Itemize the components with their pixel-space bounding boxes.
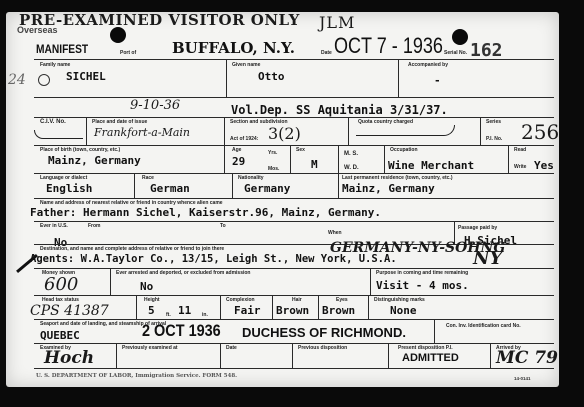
age-value: 29 — [232, 155, 245, 168]
when-label: When — [328, 230, 342, 236]
ever-arrested-value: No — [140, 280, 153, 293]
rule — [134, 173, 135, 198]
height-ft-value: 5 — [148, 304, 155, 317]
destination-label: Destination, and name and complete addre… — [40, 246, 224, 252]
rule — [398, 59, 399, 97]
money-value: 600 — [44, 274, 78, 295]
rule — [384, 145, 385, 173]
age-label: Age — [232, 147, 241, 153]
height-in-value: 11 — [178, 304, 191, 317]
card-subtitle: Overseas — [17, 25, 58, 35]
accompanied-value: - — [434, 74, 441, 87]
civ-label: C.I.V. No. — [40, 119, 66, 125]
occupation-value: Wine Merchant — [388, 159, 474, 172]
in-label: in. — [202, 312, 208, 318]
to-label: To — [220, 223, 226, 229]
head-tax-value: CPS 41387 — [30, 303, 109, 319]
family-name-label: Family name — [40, 62, 70, 68]
immigration-card: PRE-EXAMINED VISITOR ONLY Overseas JLM M… — [6, 12, 559, 387]
civ-bracket — [34, 130, 83, 139]
punch-hole-right — [452, 29, 468, 45]
rule — [136, 295, 137, 319]
rule — [338, 145, 339, 173]
port-label: Port of — [120, 50, 136, 56]
passage-label: Passage paid by — [458, 225, 497, 231]
sex-label: Sex — [296, 147, 305, 153]
rule — [490, 343, 491, 368]
eyes-label: Eyes — [336, 297, 348, 303]
purpose-label: Purpose in coming and time remaining — [376, 270, 468, 276]
write-label: Write — [514, 164, 526, 170]
pi-no-value: 256 — [521, 120, 559, 144]
rule — [370, 268, 371, 295]
rule — [480, 117, 481, 145]
accompanied-label: Accompanied by — [408, 62, 448, 68]
ever-arrested-label: Ever arrested and deported, or excluded … — [116, 270, 250, 276]
from-label: From — [88, 223, 101, 229]
read-write-value: Yes — [534, 159, 554, 172]
nationality-value: Germany — [244, 182, 290, 195]
rule — [232, 173, 233, 198]
ship-value: DUCHESS OF RICHMOND. — [242, 325, 406, 340]
rule — [434, 319, 435, 343]
complexion-label: Complexion — [226, 297, 255, 303]
rule — [34, 221, 554, 222]
date-stamp: OCT 7 - 1936 — [334, 33, 443, 59]
eyes-value: Brown — [322, 304, 355, 317]
yrs-label: Yrs. — [268, 150, 277, 156]
form-code: 14-0141 — [514, 376, 531, 381]
visa-date-note: 9-10-36 — [130, 98, 180, 113]
quota-curve — [356, 125, 455, 136]
hair-value: Brown — [276, 304, 309, 317]
present-disposition-stamp: ADMITTED — [402, 352, 459, 364]
language-label: Language or dialect — [40, 175, 87, 181]
rule — [220, 295, 221, 319]
rule — [220, 343, 221, 368]
prev-disposition-label: Previous disposition — [298, 345, 347, 351]
relative-value: Father: Hermann Sichel, Kaiserstr.96, Ma… — [30, 206, 381, 219]
race-value: German — [150, 182, 190, 195]
sex-value: M — [311, 158, 318, 171]
complexion-value: Fair — [234, 304, 261, 317]
last-residence-label: Last permanent residence (town, country,… — [342, 175, 453, 181]
rule — [272, 295, 273, 319]
rule — [86, 117, 87, 145]
arrived-value: MC 79 — [496, 348, 558, 368]
pi-no-label: P.I. No. — [486, 136, 502, 142]
rule — [34, 59, 554, 60]
birthplace-value: Mainz, Germany — [48, 154, 141, 167]
prev-date-label: Date — [226, 345, 237, 351]
rule — [508, 145, 509, 173]
rule — [226, 59, 227, 97]
family-name-value: SICHEL — [66, 70, 106, 83]
given-name-value: Otto — [258, 70, 285, 83]
rule — [116, 343, 117, 368]
circle-mark — [38, 74, 50, 86]
date-label: Date — [321, 50, 332, 56]
mos-label: Mos. — [268, 166, 279, 172]
present-disposition-label: Present disposition P.I. — [398, 345, 453, 351]
initials-top: JLM — [319, 13, 355, 32]
port-value: BUFFALO, N.Y. — [172, 39, 295, 57]
rule — [34, 97, 554, 98]
ever-us-label: Ever in U.S. — [40, 223, 68, 229]
last-residence-value: Mainz, Germany — [342, 182, 435, 195]
rule — [224, 117, 225, 145]
rule — [224, 145, 225, 173]
read-label: Read — [514, 147, 526, 153]
hair-label: Hair — [292, 297, 302, 303]
manifest-label: MANIFEST — [36, 42, 88, 56]
place-date-issue-value: Frankfort-a-Main — [94, 126, 190, 139]
seaport-value: QUEBEC — [40, 329, 80, 342]
rule — [34, 268, 554, 269]
marital-w-label: W. D. — [344, 165, 359, 171]
examined-by-value: Hoch — [44, 348, 94, 368]
margin-note: 24 — [8, 72, 26, 88]
rule — [290, 145, 291, 173]
series-label: Series — [486, 119, 501, 125]
nationality-label: Nationality — [238, 175, 264, 181]
con-inv-label: Con. Inv. Identification card No. — [446, 323, 521, 329]
marital-s-label: M. S. — [344, 151, 358, 157]
birthplace-label: Place of birth (town, country, etc.) — [40, 147, 120, 153]
rule — [292, 343, 293, 368]
serial-label: Serial No. — [444, 50, 467, 56]
rule — [34, 173, 554, 174]
footer-text: U. S. DEPARTMENT OF LABOR, Immigration S… — [36, 373, 237, 379]
previously-examined-label: Previously examined at — [122, 345, 178, 351]
destination-handwritten-2: NY — [473, 248, 502, 269]
marks-value: None — [390, 304, 417, 317]
height-label: Height — [144, 297, 160, 303]
language-value: English — [46, 182, 92, 195]
rule — [368, 295, 369, 319]
race-label: Race — [142, 175, 154, 181]
rule — [318, 295, 319, 319]
rule — [338, 173, 339, 198]
rule — [388, 343, 389, 368]
purpose-value: Visit - 4 mos. — [376, 279, 469, 292]
vol-dep-note: Vol.Dep. SS Aquitania 3/31/37. — [231, 103, 448, 117]
rule — [110, 268, 111, 295]
serial-value: 162 — [470, 40, 503, 61]
landing-date-stamp: 2 OCT 1936 — [142, 321, 221, 341]
rule — [348, 117, 349, 145]
occupation-label: Occupation — [390, 147, 418, 153]
rule — [34, 368, 554, 369]
card-title: PRE-EXAMINED VISITOR ONLY — [19, 12, 300, 29]
place-date-issue-label: Place and date of issue — [92, 119, 147, 125]
given-name-label: Given name — [232, 62, 260, 68]
marks-label: Distinguishing marks — [374, 297, 425, 303]
section-value: 3(2) — [268, 124, 301, 143]
punch-hole-left — [110, 27, 126, 43]
ft-label: ft. — [166, 312, 171, 318]
act-label: Act of 1924: — [230, 136, 258, 142]
rule — [34, 343, 554, 344]
